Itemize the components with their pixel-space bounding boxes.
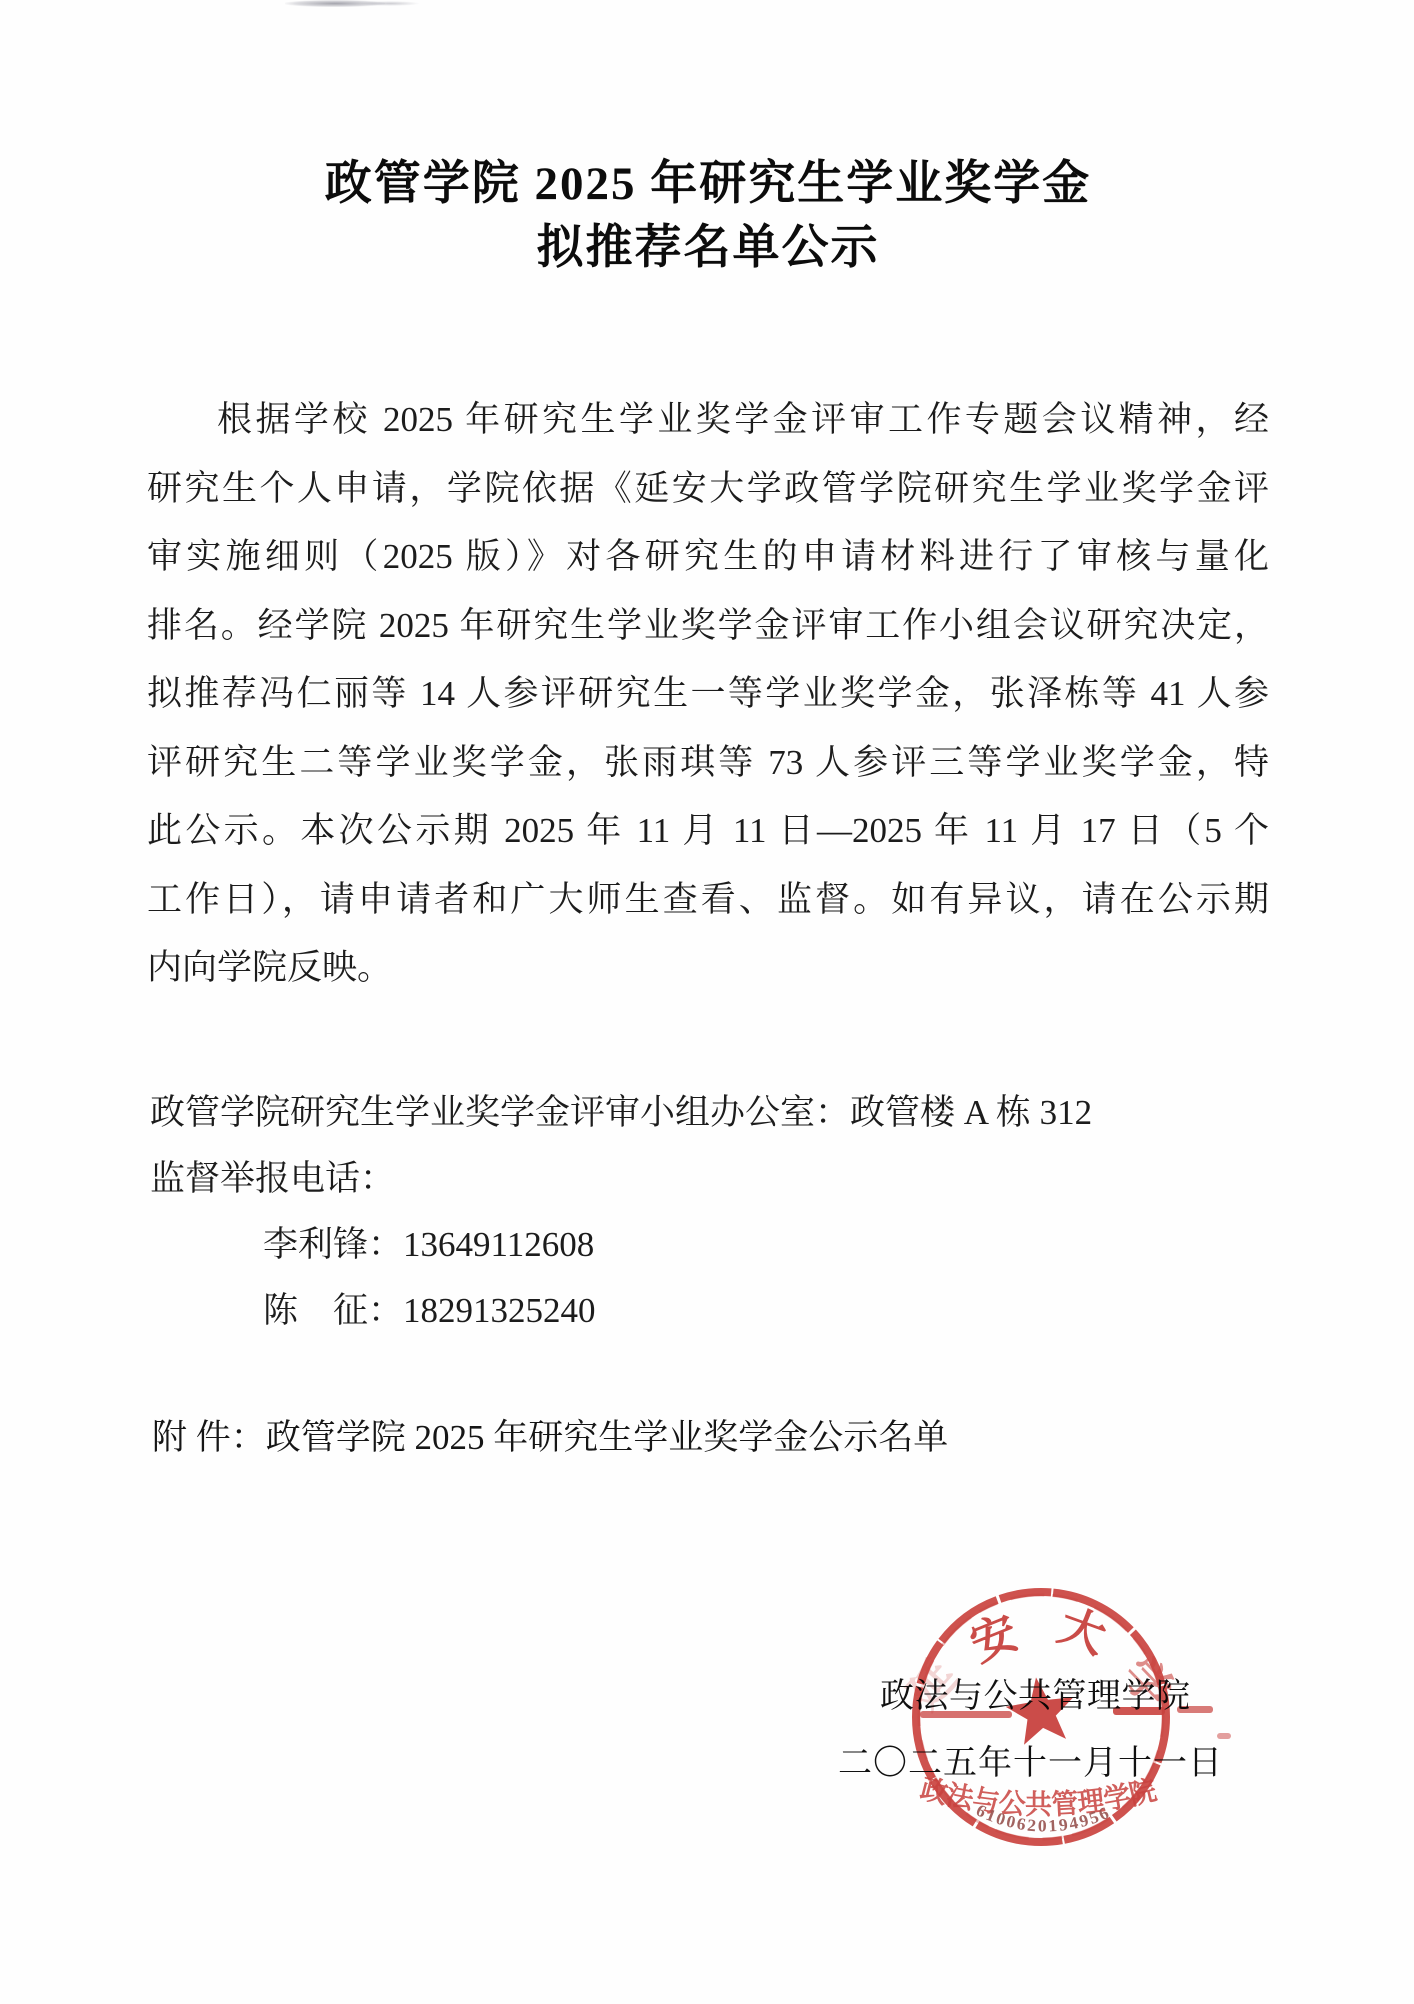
seal-right-dash-outer xyxy=(1177,1706,1213,1713)
body-paragraph: 根据学校 2025 年研究生学业奖学金评审工作专题会议精神，经 研究生个人申请，… xyxy=(147,386,1269,1003)
document-page: 政管学院 2025 年研究生学业奖学金 拟推荐名单公示 根据学校 2025 年研… xyxy=(0,0,1414,2004)
document-title: 政管学院 2025 年研究生学业奖学金 拟推荐名单公示 xyxy=(146,152,1270,280)
paragraph-line: 研究生个人申请，学院依据《延安大学政管学院研究生学业奖学金评 xyxy=(147,455,1269,524)
paragraph-line: 拟推荐冯仁丽等 14 人参评研究生一等学业奖学金，张泽栋等 41 人参 xyxy=(147,660,1269,729)
office-location-line: 政管学院研究生学业奖学金评审小组办公室：政管楼 A 栋 312 xyxy=(150,1080,1272,1146)
title-line-2: 拟推荐名单公示 xyxy=(146,216,1270,280)
contact-line: 陈 征：18291325240 xyxy=(263,1278,1163,1344)
seal-top-char: 学 xyxy=(1113,1648,1182,1717)
paragraph-line: 内向学院反映。 xyxy=(147,934,1269,1003)
seal-smear xyxy=(1217,1733,1231,1739)
paragraph-line: 审实施细则（2025 版）》对各研究生的申请材料进行了审核与量化 xyxy=(147,523,1269,592)
title-line-1: 政管学院 2025 年研究生学业奖学金 xyxy=(146,152,1270,216)
seal-star-icon xyxy=(1002,1673,1079,1747)
review-office-info: 政管学院研究生学业奖学金评审小组办公室：政管楼 A 栋 312 监督举报电话： xyxy=(150,1080,1272,1212)
official-red-seal: 延 安 大 学 政法与公共管理学院 6100620194956 xyxy=(881,1567,1241,1887)
attachment-note: 附 件：政管学院 2025 年研究生学业奖学金公示名单 xyxy=(152,1405,1274,1471)
contact-list: 李利锋：13649112608 陈 征：18291325240 xyxy=(263,1212,1163,1344)
seal-graphic: 延 安 大 学 政法与公共管理学院 6100620194956 xyxy=(881,1567,1241,1887)
paragraph-line: 评研究生二等学业奖学金，张雨琪等 73 人参评三等学业奖学金，特 xyxy=(147,729,1269,798)
attachment-line: 附 件：政管学院 2025 年研究生学业奖学金公示名单 xyxy=(152,1405,1274,1471)
paragraph-line: 工作日），请申请者和广大师生查看、监督。如有异议，请在公示期 xyxy=(147,866,1269,935)
hotline-label: 监督举报电话： xyxy=(150,1146,1272,1212)
scan-smudge-secondary xyxy=(360,1,420,6)
seal-left-dash xyxy=(920,1711,1012,1718)
paragraph-line: 此公示。本次公示期 2025 年 11 月 11 日—2025 年 11 月 1… xyxy=(147,797,1269,866)
paragraph-line: 排名。经学院 2025 年研究生学业奖学金评审工作小组会议研究决定， xyxy=(147,592,1269,661)
contact-line: 李利锋：13649112608 xyxy=(263,1212,1163,1278)
seal-right-dash xyxy=(1113,1707,1165,1715)
paragraph-line: 根据学校 2025 年研究生学业奖学金评审工作专题会议精神，经 xyxy=(147,386,1269,455)
seal-top-char: 延 xyxy=(898,1650,967,1718)
